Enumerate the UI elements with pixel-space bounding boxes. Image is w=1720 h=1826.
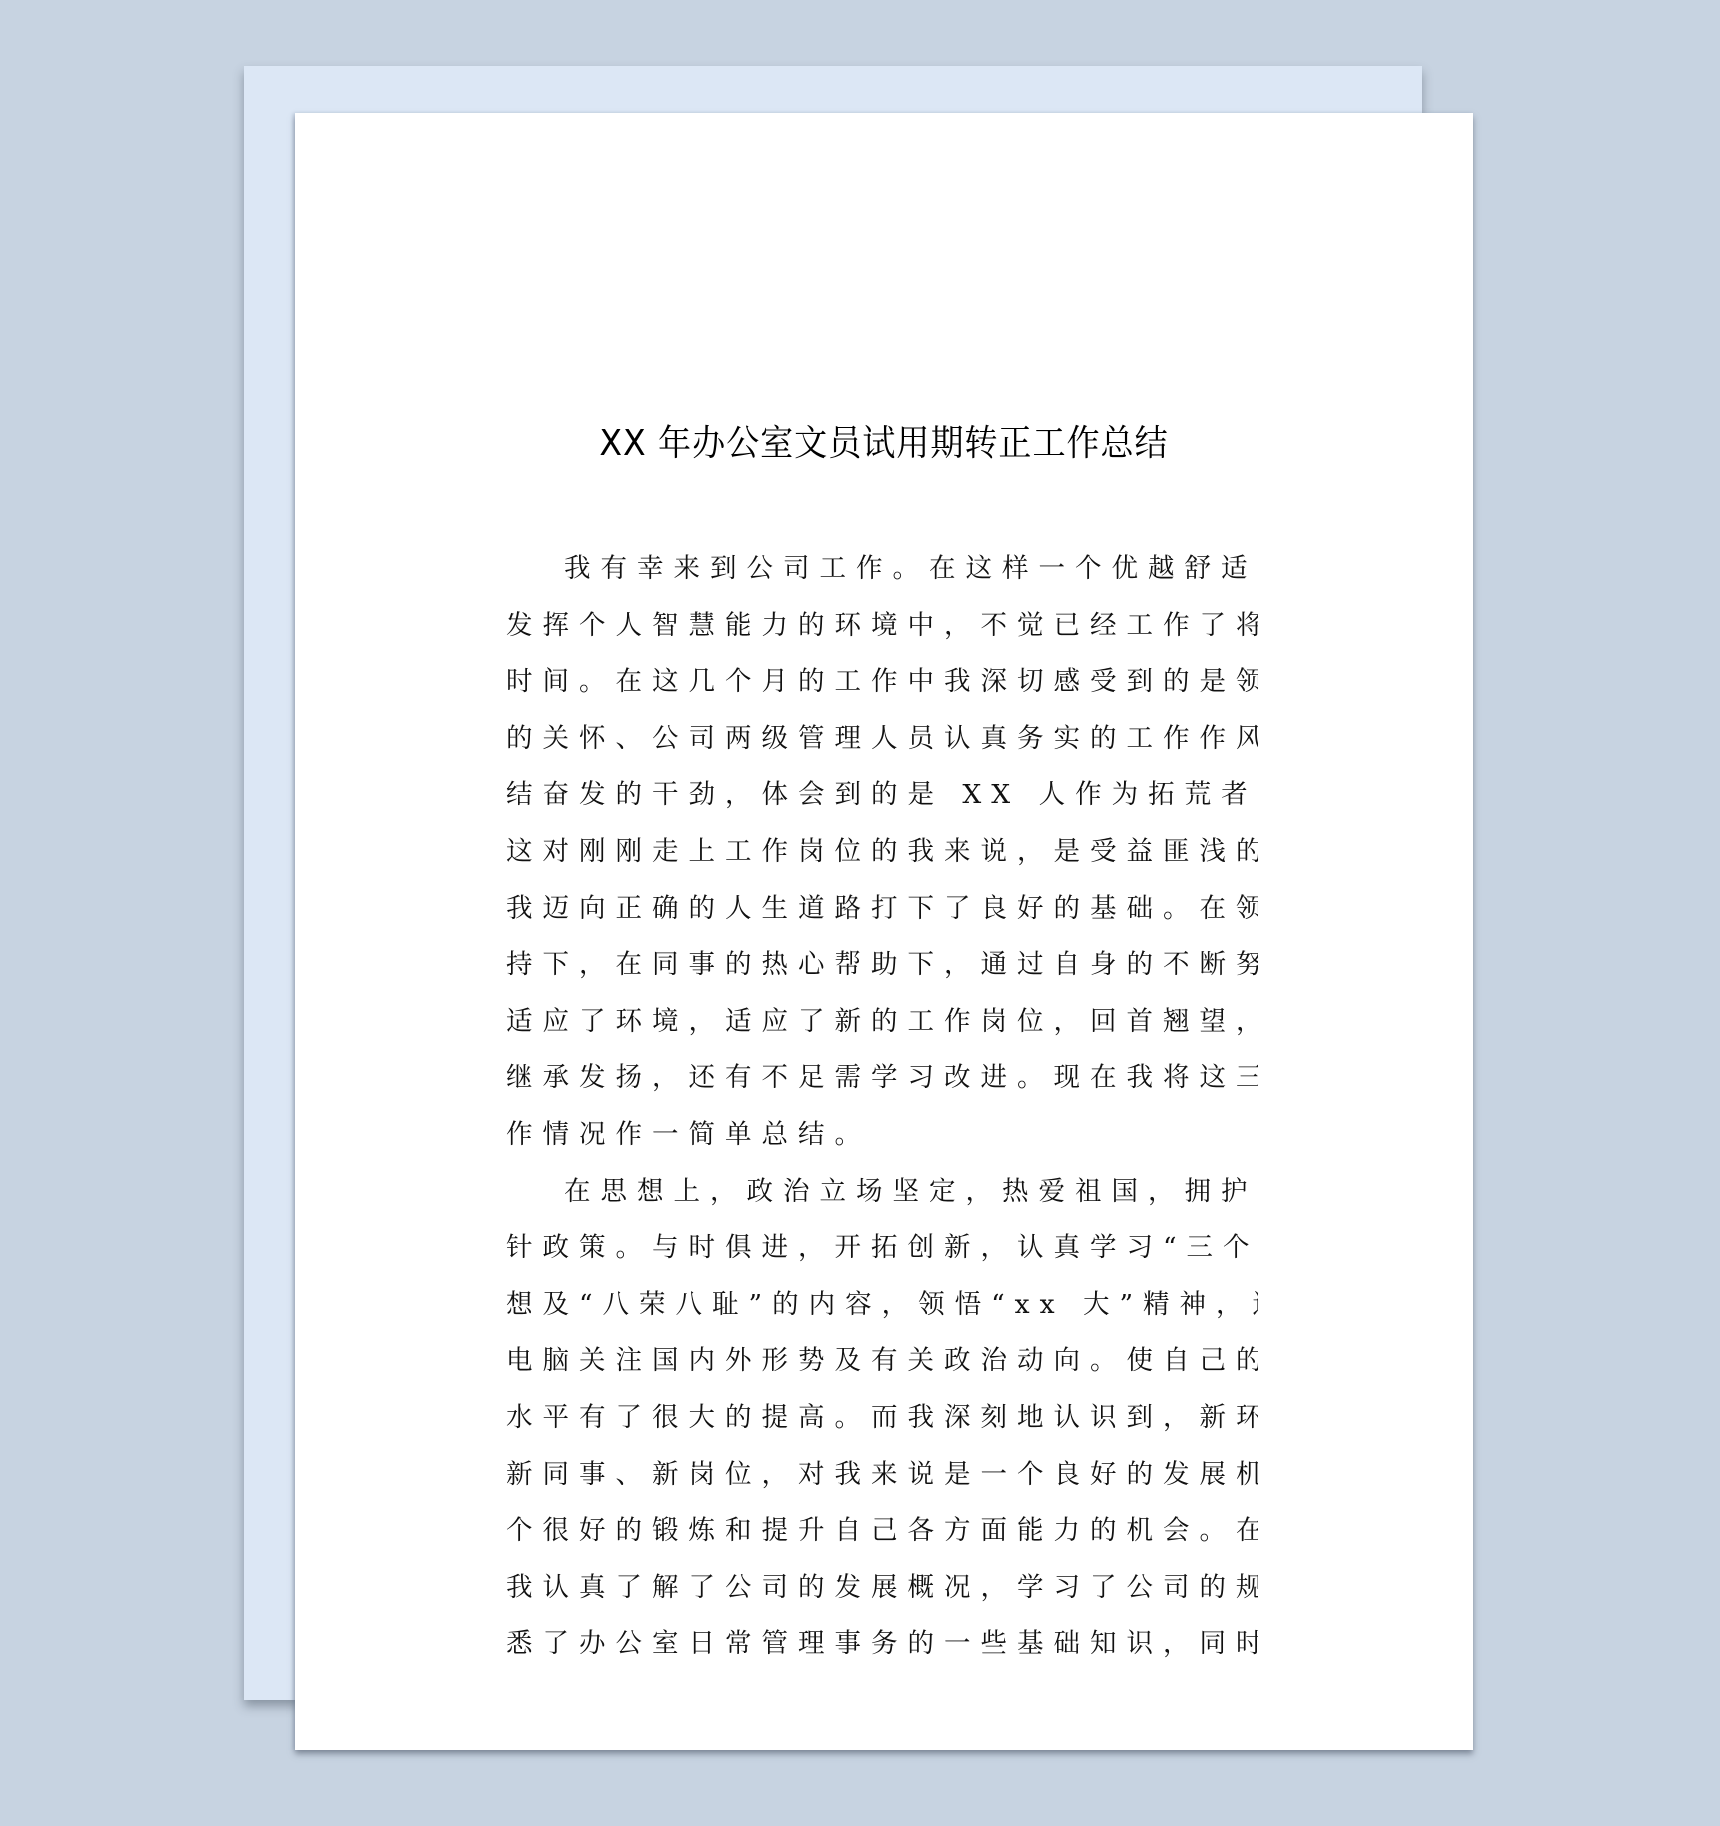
document-body: 我有幸来到公司工作。在这样一个优越舒适而又能充分 发挥个人智慧能力的环境中，不觉… [506,541,1258,1673]
text-line: 个很好的锻炼和提升自己各方面能力的机会。在工作初期， [506,1503,1258,1560]
text-line: 这对刚刚走上工作岗位的我来说，是受益匪浅的，同时也为 [506,824,1258,881]
text-line: 发挥个人智慧能力的环境中，不觉已经工作了将近四个月的 [506,598,1258,655]
paragraph-2: 在思想上，政治立场坚定，热爱祖国，拥护党的各项方 针政策。与时俱进，开拓创新，认… [506,1164,1258,1673]
text-line: 想及“八荣八耻”的内容，领悟“xx 大”精神，还通过报纸， [506,1277,1258,1334]
text-line: 持下，在同事的热心帮助下，通过自身的不断努力，我很快 [506,937,1258,994]
paragraph-1: 我有幸来到公司工作。在这样一个优越舒适而又能充分 发挥个人智慧能力的环境中，不觉… [506,541,1258,1164]
text-line: 时间。在这几个月的工作中我深切感受到的是领导无微不至 [506,654,1258,711]
document-title: XX 年办公室文员试用期转正工作总结 [342,415,1426,466]
text-line: 电脑关注国内外形势及有关政治动向。使自己的政治、思想 [506,1333,1258,1390]
text-line: 新同事、新岗位，对我来说是一个良好的发展机遇，也是一 [506,1447,1258,1504]
text-line: 结奋发的干劲，体会到的是 XX 人作为拓荒者的艰难和坚定， [506,767,1258,824]
text-line: 针政策。与时俱进，开拓创新，认真学习“三个代表”的思 [506,1220,1258,1277]
text-line: 作情况作一简单总结。 [506,1107,1258,1164]
text-line: 在思想上，政治立场坚定，热爱祖国，拥护党的各项方 [506,1164,1258,1221]
text-line: 我有幸来到公司工作。在这样一个优越舒适而又能充分 [506,541,1258,598]
text-line: 继承发扬，还有不足需学习改进。现在我将这三个月来的工 [506,1050,1258,1107]
text-line: 我认真了解了公司的发展概况，学习了公司的规章制度，熟 [506,1560,1258,1617]
text-line: 我迈向正确的人生道路打下了良好的基础。在领导的关心支 [506,881,1258,938]
text-line: 水平有了很大的提高。而我深刻地认识到，新环境、新领导、 [506,1390,1258,1447]
text-line: 悉了办公室日常管理事务的一些基础知识，同时，也从多方 [506,1616,1258,1673]
text-line: 的关怀、公司两级管理人员认真务实的工作作风、同事们团 [506,711,1258,768]
text-line: 适应了环境，适应了新的工作岗位，回首翘望，有优点可待 [506,994,1258,1051]
document-page: XX 年办公室文员试用期转正工作总结 我有幸来到公司工作。在这样一个优越舒适而又… [295,113,1473,1750]
